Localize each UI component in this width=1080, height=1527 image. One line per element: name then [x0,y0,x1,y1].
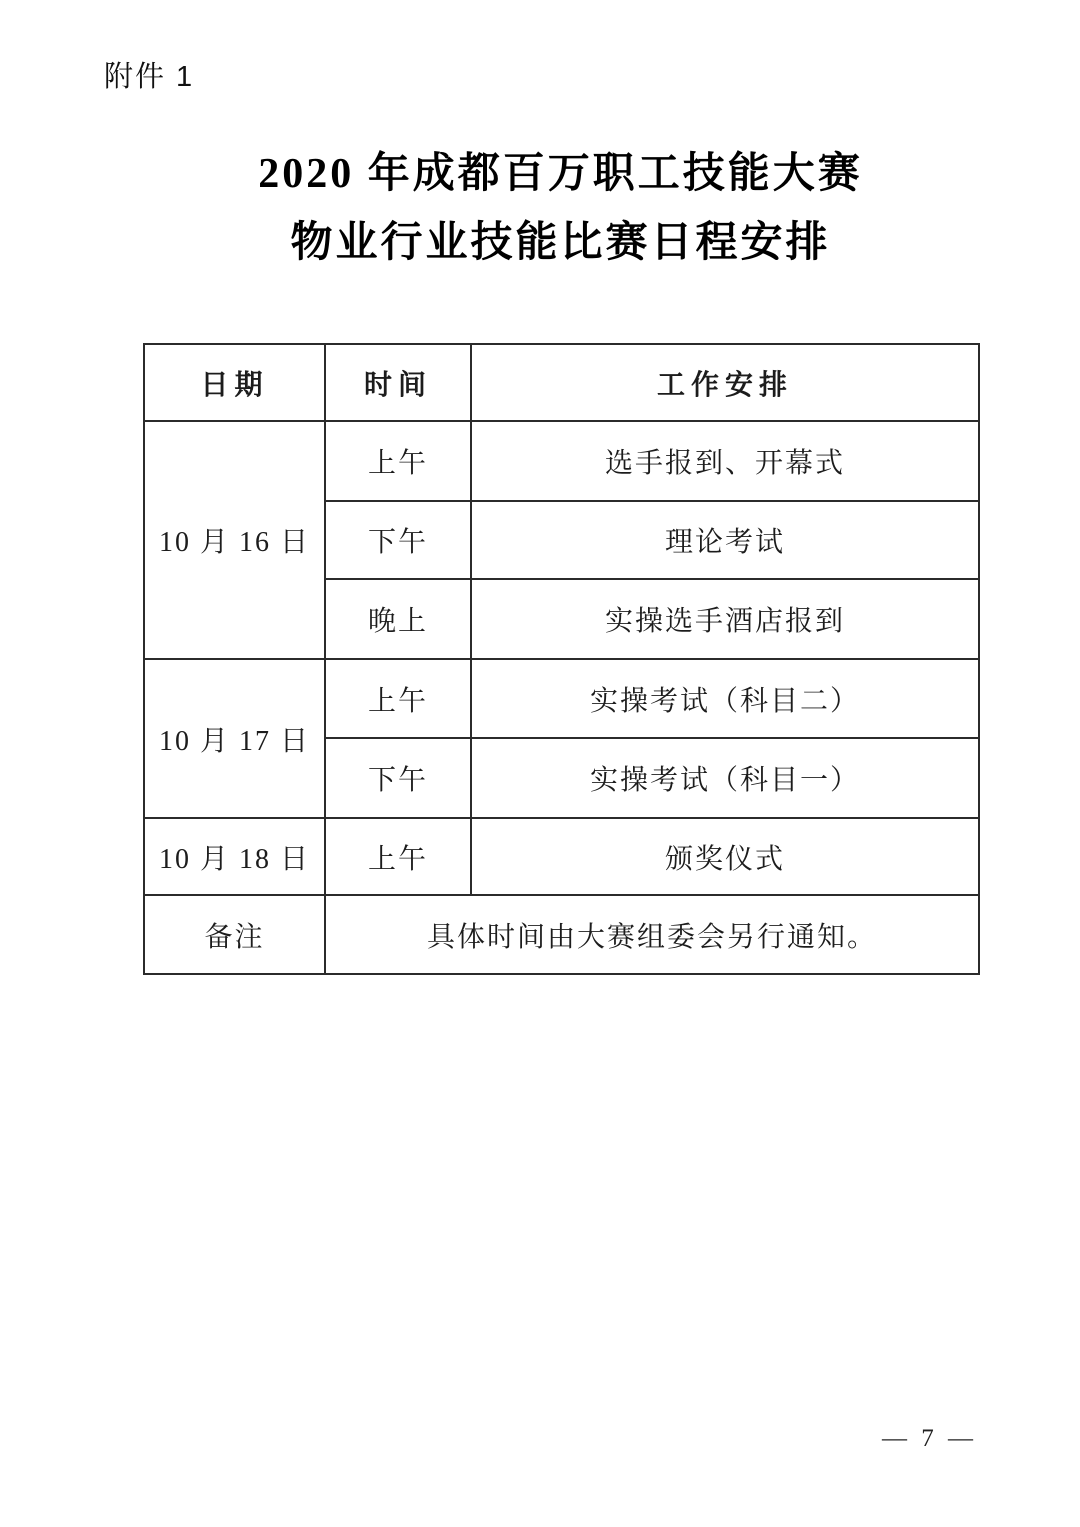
note-row: 备注 具体时间由大赛组委会另行通知。 [144,895,979,974]
title-line-2: 物业行业技能比赛日程安排 [143,209,978,278]
time-cell: 下午 [325,501,471,579]
task-cell: 理论考试 [471,501,979,579]
table-row: 10 月 18 日 上午 颁奖仪式 [144,818,979,895]
table-row: 10 月 16 日 上午 选手报到、开幕式 [144,421,979,501]
task-cell: 实操考试（科目一） [471,738,979,818]
date-cell-oct17: 10 月 17 日 [144,659,325,818]
header-task: 工作安排 [471,344,979,421]
date-cell-oct16: 10 月 16 日 [144,421,325,659]
document-page: 附件 1 2020 年成都百万职工技能大赛 物业行业技能比赛日程安排 日期 时间… [0,0,1080,1527]
table-header-row: 日期 时间 工作安排 [144,344,979,421]
task-cell: 选手报到、开幕式 [471,421,979,501]
page-number: — 7 — [882,1425,977,1453]
note-text-cell: 具体时间由大赛组委会另行通知。 [325,895,979,974]
time-cell: 上午 [325,659,471,738]
date-cell-oct18: 10 月 18 日 [144,818,325,895]
table-row: 10 月 17 日 上午 实操考试（科目二） [144,659,979,738]
document-title: 2020 年成都百万职工技能大赛 物业行业技能比赛日程安排 [143,140,978,278]
header-time: 时间 [325,344,471,421]
header-date: 日期 [144,344,325,421]
title-line-1: 2020 年成都百万职工技能大赛 [143,140,978,209]
time-cell: 下午 [325,738,471,818]
time-cell: 上午 [325,818,471,895]
task-cell: 颁奖仪式 [471,818,979,895]
attachment-label: 附件 1 [104,54,194,95]
note-label-cell: 备注 [144,895,325,974]
task-cell: 实操选手酒店报到 [471,579,979,659]
time-cell: 上午 [325,421,471,501]
time-cell: 晚上 [325,579,471,659]
task-cell: 实操考试（科目二） [471,659,979,738]
schedule-table: 日期 时间 工作安排 10 月 16 日 上午 选手报到、开幕式 下午 理论考试… [143,343,980,975]
